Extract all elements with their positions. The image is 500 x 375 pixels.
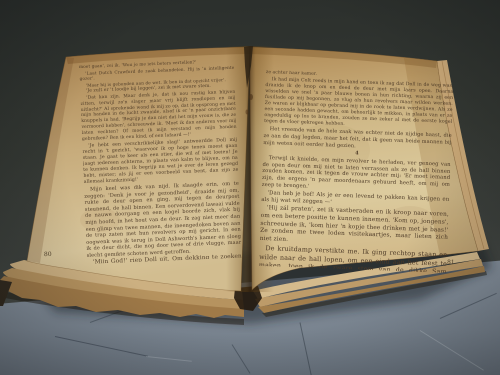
spine-speck [246,110,249,115]
paragraph: 'Hij zál praten', zei ik vastberaden en … [260,205,449,250]
right-page-text: ze achter haar kamer. Ik had mijn Colt r… [259,70,454,273]
left-page-number: 80 [44,251,52,258]
right-page-number: 81 [447,259,455,266]
spine-speck [249,94,253,100]
paragraph: 'Je hebt een verschrikkelijke slag!' ant… [82,137,239,186]
paragraph: Ik had mijn Colt reeds in mijn hand en t… [264,77,454,132]
book-photograph: moet gaan', zei ik. 'Wou je me iets bete… [0,0,500,375]
left-page-text: moet gaan', zei ik. 'Wou je me iets bete… [79,58,242,264]
paragraph: Terwijl ik knielde, om mijn revolver te … [262,155,451,196]
paragraph: 'Dat kan zijn. Maar denk je, dat ik nou … [80,90,237,143]
paragraph: Mijn keel was dik van nijd. Ik slaagde e… [84,181,242,260]
